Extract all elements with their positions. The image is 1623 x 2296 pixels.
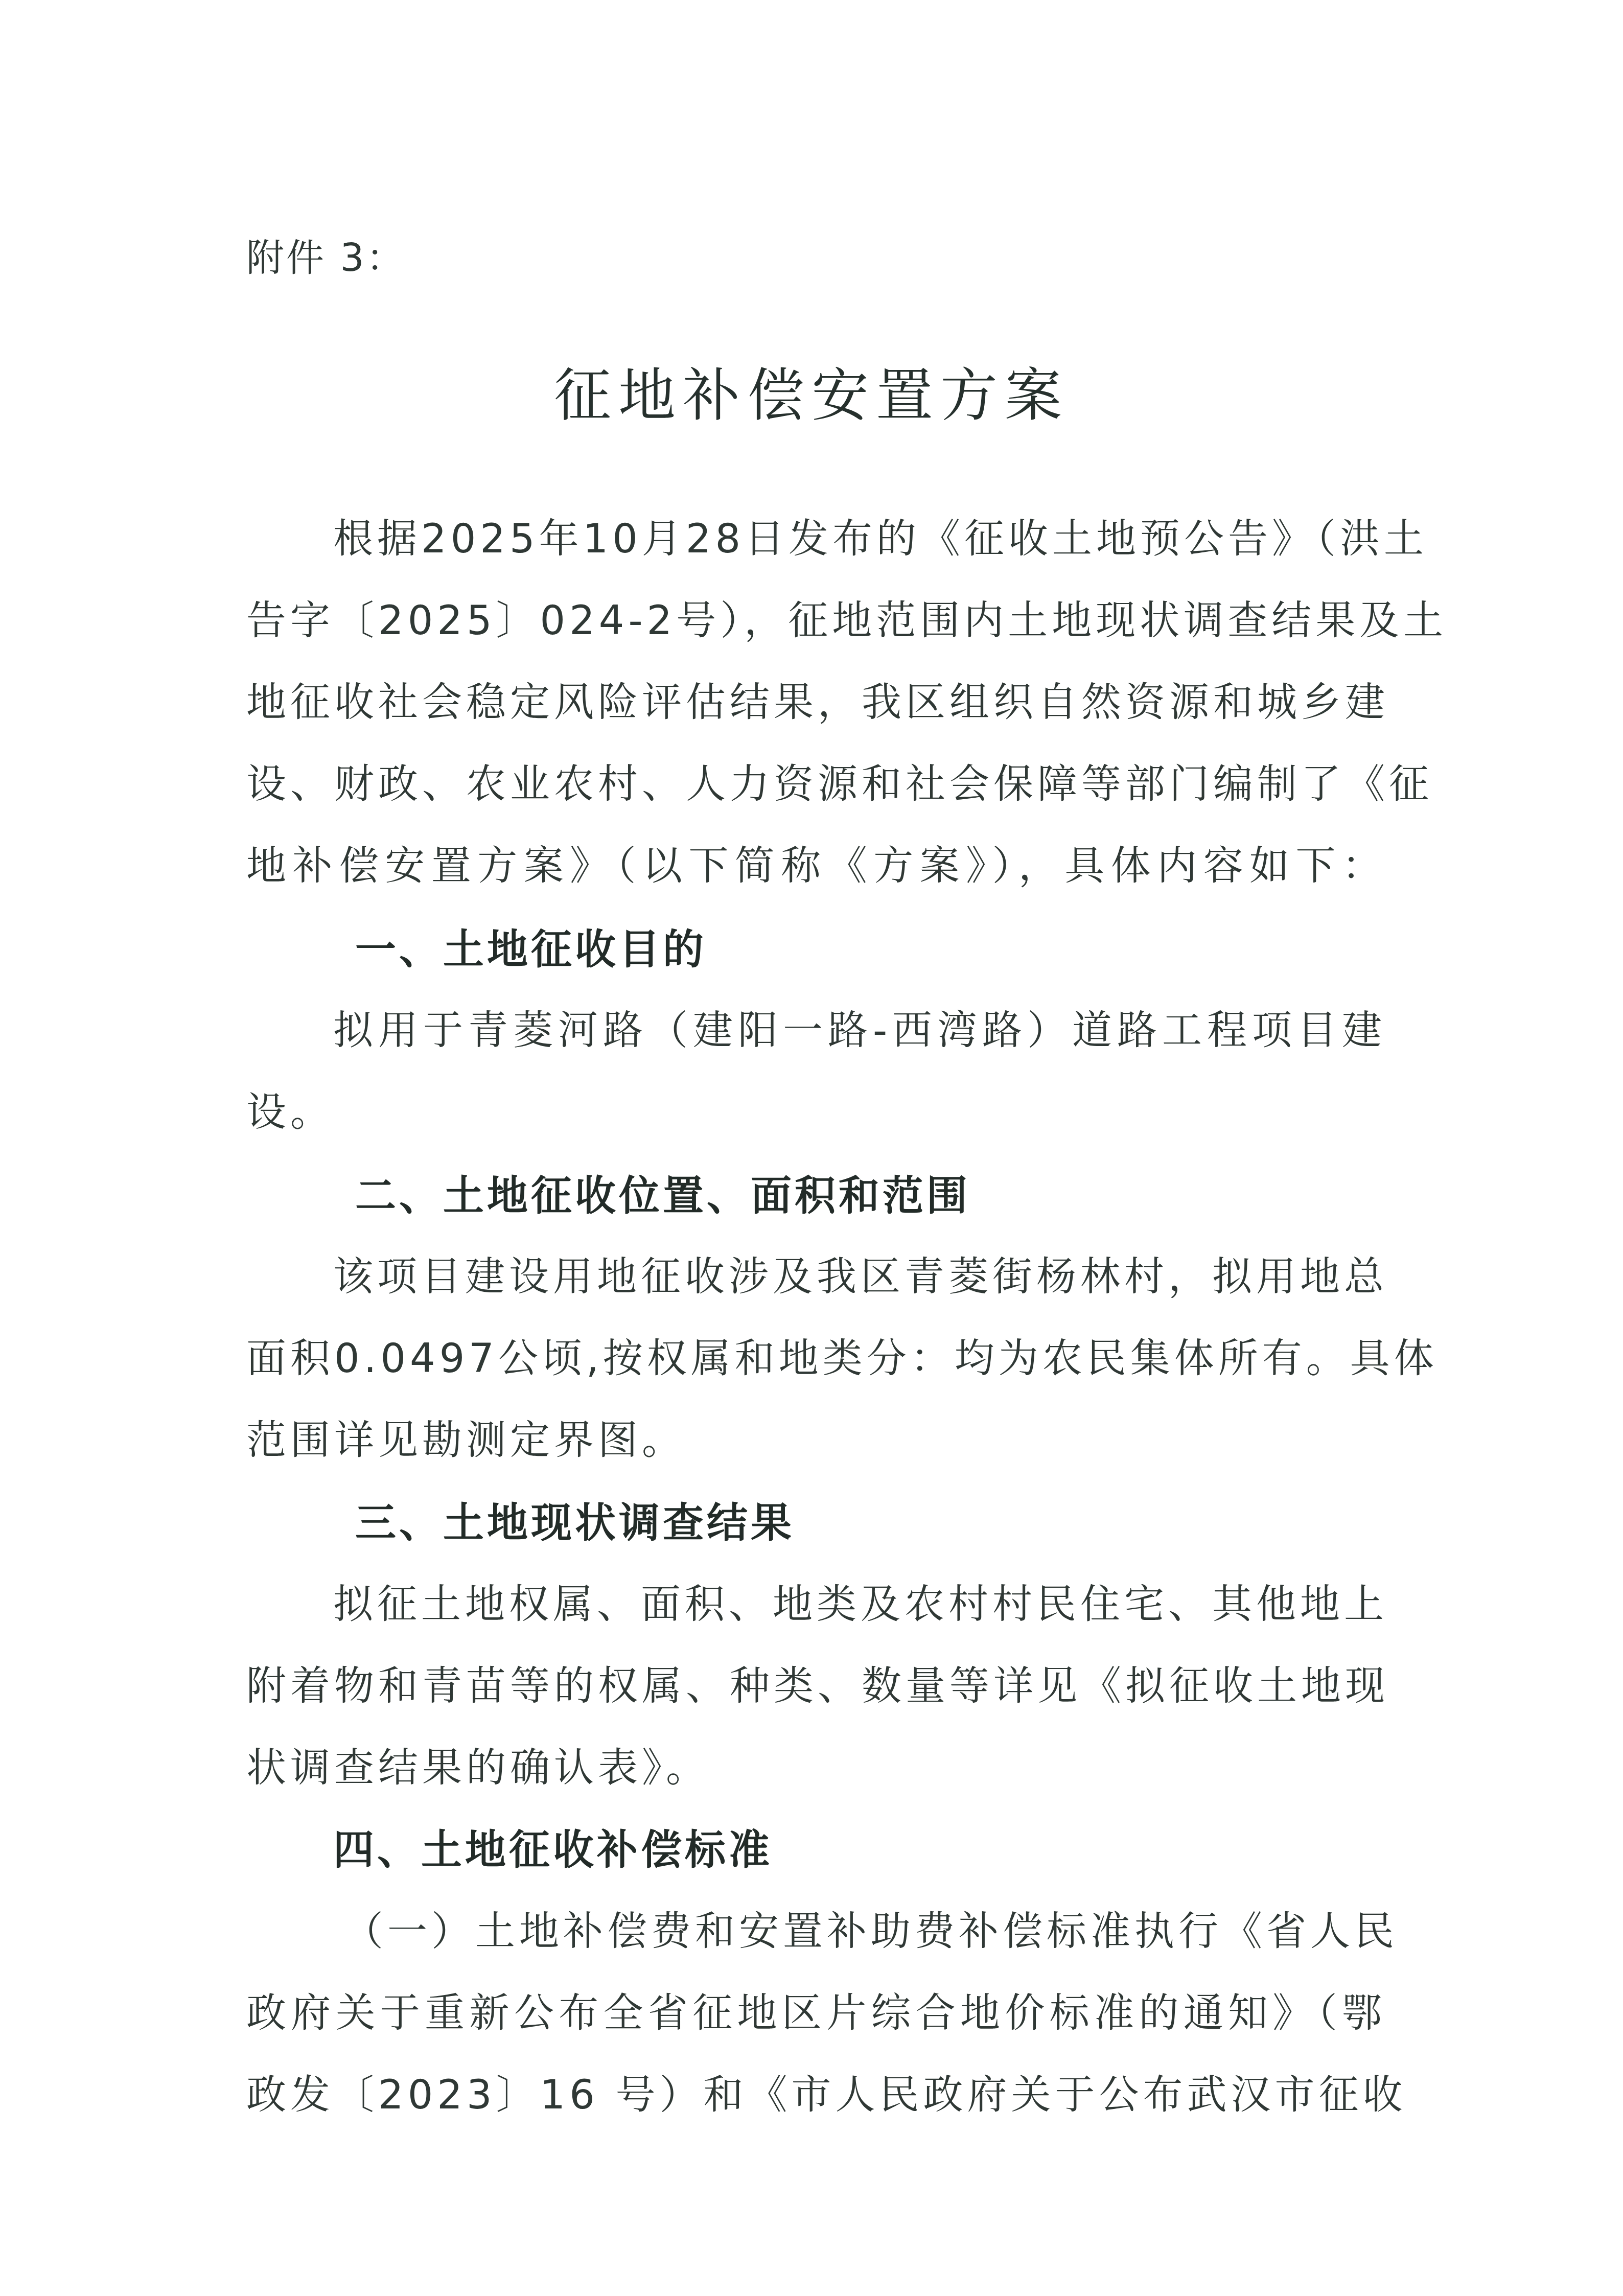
intro-line-5: 地补偿安置方案》（以下简称《方案》），具体内容如下：	[246, 841, 1386, 892]
intro-line-2: 告字〔2025〕024-2号），征地范围内土地现状调查结果及土	[246, 595, 1386, 646]
section-4-line-1: （一）土地补偿费和安置补助费补偿标准执行《省人民	[343, 1906, 1386, 1957]
section-3-line-3: 状调查结果的确认表》。	[246, 1743, 1386, 1794]
section-heading-4: 四、土地征收补偿标准	[333, 1824, 773, 1875]
section-heading-2: 二、土地征收位置、面积和范围	[355, 1170, 970, 1221]
section-2-line-1: 该项目建设用地征收涉及我区青菱街杨林村，拟用地总	[333, 1251, 1386, 1303]
document-page: 附件 3： 征地补偿安置方案 根据2025年10月28日发布的《征收土地预公告》…	[0, 0, 1623, 2296]
section-2-line-3: 范围详见勘测定界图。	[246, 1415, 1386, 1466]
section-2-line-2: 面积0.0497公顷,按权属和地类分：均为农民集体所有。具体	[246, 1333, 1386, 1384]
section-1-line-1: 拟用于青菱河路（建阳一路-西湾路）道路工程项目建	[333, 1005, 1386, 1056]
attachment-label: 附件 3：	[246, 233, 406, 284]
section-3-line-1: 拟征土地权属、面积、地类及农村村民住宅、其他地上	[333, 1579, 1386, 1630]
intro-line-3: 地征收社会稳定风险评估结果，我区组织自然资源和城乡建	[246, 677, 1386, 728]
section-4-line-2: 政府关于重新公布全省征地区片综合地价标准的通知》（鄂	[246, 1988, 1386, 2039]
section-heading-3: 三、土地现状调查结果	[355, 1497, 795, 1548]
section-3-line-2: 附着物和青苗等的权属、种类、数量等详见《拟征收土地现	[246, 1661, 1386, 1712]
section-heading-1: 一、土地征收目的	[355, 924, 707, 975]
section-1-line-2: 设。	[246, 1087, 1386, 1138]
intro-line-1: 根据2025年10月28日发布的《征收土地预公告》（洪土	[333, 514, 1386, 565]
section-4-line-3: 政发〔2023〕16 号）和《市人民政府关于公布武汉市征收	[246, 2070, 1386, 2121]
intro-line-4: 设、财政、农业农村、人力资源和社会保障等部门编制了《征	[246, 759, 1386, 810]
document-title: 征地补偿安置方案	[0, 360, 1623, 432]
